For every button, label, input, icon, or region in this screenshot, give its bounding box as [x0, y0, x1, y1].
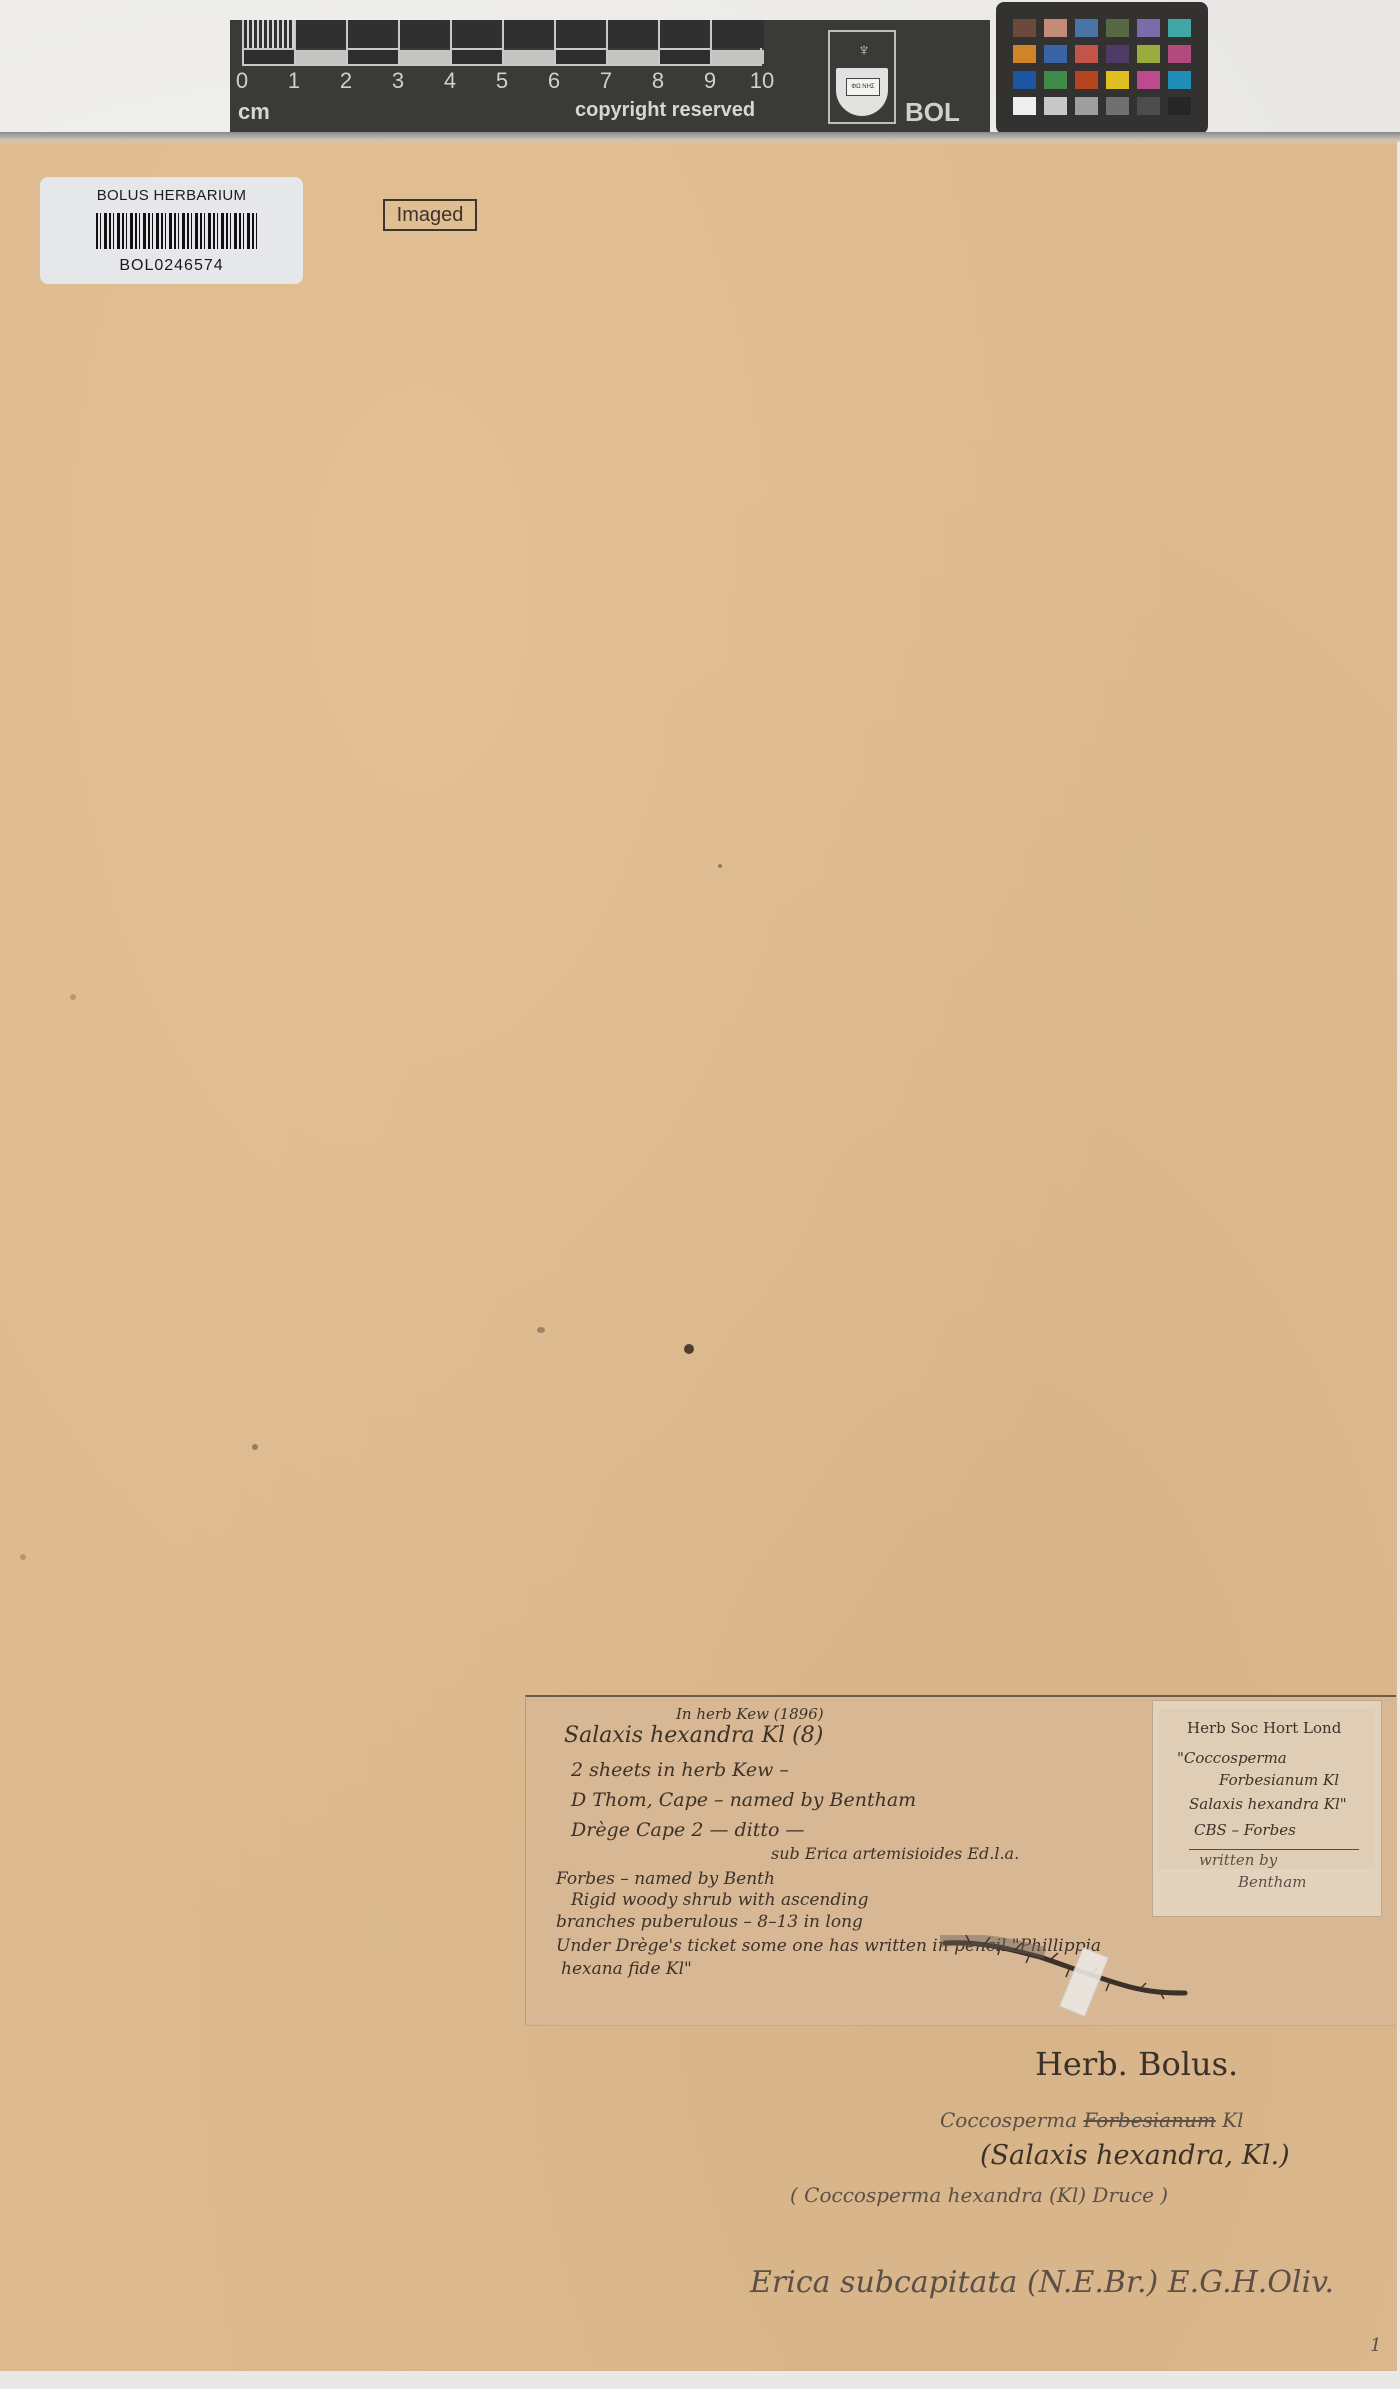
color-patch: [1168, 97, 1191, 115]
annotation-line: Forbes – named by Benth: [556, 1869, 775, 1889]
ruler-number: 5: [496, 68, 508, 94]
annotation-line: hexana fide Kl": [561, 1959, 692, 1979]
small-label-line: Herb Soc Hort Lond: [1187, 1719, 1341, 1737]
scale-ruler: 0 1 2 3 4 5 6 7 8 9 10 cm copyright rese…: [230, 20, 990, 132]
stain-spot: [252, 1444, 258, 1450]
ruler-number: 6: [548, 68, 560, 94]
stain-spot: [537, 1327, 545, 1333]
color-patch: [1106, 45, 1129, 63]
det-1-author: Kl: [1222, 2108, 1243, 2132]
barcode-label: BOLUS HERBARIUM BOL0246574: [40, 177, 303, 284]
color-patch: [1106, 71, 1129, 89]
color-patch: [1075, 45, 1098, 63]
color-patch: [1013, 71, 1036, 89]
annotation-line: sub Erica artemisioides Ed.l.a.: [771, 1844, 1019, 1863]
scale-segment-9: [712, 20, 764, 64]
small-label-line: "Coccosperma: [1177, 1749, 1287, 1767]
scale-segment-0: [244, 20, 296, 64]
scale-segment-3: [400, 20, 452, 64]
color-patch: [1044, 45, 1067, 63]
color-patch: [1075, 97, 1098, 115]
divider: [1189, 1849, 1359, 1850]
sheet-number: 1: [1370, 2335, 1381, 2356]
mm-ticks: [244, 20, 296, 48]
barcode: [96, 213, 258, 249]
small-label-line: Salaxis hexandra Kl": [1189, 1795, 1347, 1813]
det-1-genus: Coccosperma: [940, 2108, 1077, 2132]
color-patch: [1168, 19, 1191, 37]
color-patch: [1137, 97, 1160, 115]
color-patch: [1044, 97, 1067, 115]
catalog-number: BOL0246574: [40, 257, 303, 275]
annotation-line: Rigid woody shrub with ascending: [571, 1890, 869, 1910]
ruler-number: 10: [750, 68, 774, 94]
color-patch: [1137, 71, 1160, 89]
color-patch: [1013, 97, 1036, 115]
scale-segment-8: [660, 20, 712, 64]
determination-3: ( Coccosperma hexandra (Kl) Druce ): [790, 2183, 1168, 2207]
university-crest-icon: ♆ ΦΩ ΝΗΣ: [828, 30, 896, 124]
lamp-icon: ♆: [852, 38, 876, 62]
small-label-line: written by: [1199, 1851, 1277, 1869]
determination-1: Coccosperma Forbesianum Kl: [940, 2108, 1244, 2132]
color-patch: [1044, 19, 1067, 37]
scale-segment-2: [348, 20, 400, 64]
determination-current: Erica subcapitata (N.E.Br.) E.G.H.Oliv.: [750, 2265, 1334, 2300]
color-patch: [1075, 71, 1098, 89]
det-1-epithet: Forbesianum: [1084, 2108, 1216, 2132]
color-patch: [1013, 19, 1036, 37]
color-patch: [1013, 45, 1036, 63]
ruler-number: 3: [392, 68, 404, 94]
shield-icon: ΦΩ ΝΗΣ: [836, 68, 888, 116]
scale-segment-5: [504, 20, 556, 64]
color-calibration-card: [996, 2, 1208, 134]
stain-spot: [70, 994, 76, 1000]
small-label-paper: Herb Soc Hort Lond "Coccosperma Forbesia…: [1159, 1709, 1375, 1869]
color-patch: [1137, 45, 1160, 63]
ruler-number: 9: [704, 68, 716, 94]
annotation-line: In herb Kew (1896): [676, 1705, 824, 1723]
scale-segment-7: [608, 20, 660, 64]
scale-bar: [242, 20, 762, 66]
annotation-line: Drège Cape 2 — ditto —: [571, 1819, 804, 1841]
color-patch: [1168, 71, 1191, 89]
color-patch: [1106, 97, 1129, 115]
color-patch: [1075, 19, 1098, 37]
institution-code: BOL: [905, 97, 960, 128]
ruler-number: 0: [236, 68, 248, 94]
annotation-line: Salaxis hexandra Kl (8): [564, 1723, 823, 1748]
ruler-number: 8: [652, 68, 664, 94]
ruler-number: 7: [600, 68, 612, 94]
herbarium-stamp-text: Herb. Bolus.: [1035, 2045, 1238, 2083]
stain-spot: [718, 864, 722, 868]
ruler-unit: cm: [238, 99, 270, 125]
scale-segment-4: [452, 20, 504, 64]
color-patch: [1137, 19, 1160, 37]
annotation-line: D Thom, Cape – named by Bentham: [571, 1789, 916, 1811]
stain-spot: [684, 1344, 694, 1354]
annotation-line: 2 sheets in herb Kew –: [571, 1759, 789, 1781]
determination-2: (Salaxis hexandra, Kl.): [980, 2140, 1290, 2171]
herbarium-name: BOLUS HERBARIUM: [40, 187, 303, 204]
stain-spot: [20, 1554, 26, 1560]
herbarium-sheet: [0, 140, 1397, 2371]
small-collection-label: Herb Soc Hort Lond "Coccosperma Forbesia…: [1152, 1700, 1382, 1917]
color-patch: [1168, 45, 1191, 63]
ruler-number: 2: [340, 68, 352, 94]
small-label-line: CBS – Forbes: [1194, 1821, 1296, 1839]
scale-segment-6: [556, 20, 608, 64]
ruler-number: 1: [288, 68, 300, 94]
scale-segment-1: [296, 20, 348, 64]
copyright-notice: copyright reserved: [575, 99, 755, 122]
ruler-number: 4: [444, 68, 456, 94]
annotation-line: branches puberulous – 8–13 in long: [556, 1912, 863, 1932]
color-patch: [1044, 71, 1067, 89]
color-patch: [1106, 19, 1129, 37]
small-label-line: Bentham: [1238, 1873, 1306, 1891]
imaged-stamp: Imaged: [383, 199, 477, 231]
book-icon: ΦΩ ΝΗΣ: [846, 78, 880, 96]
small-label-line: Forbesianum Kl: [1219, 1771, 1339, 1789]
